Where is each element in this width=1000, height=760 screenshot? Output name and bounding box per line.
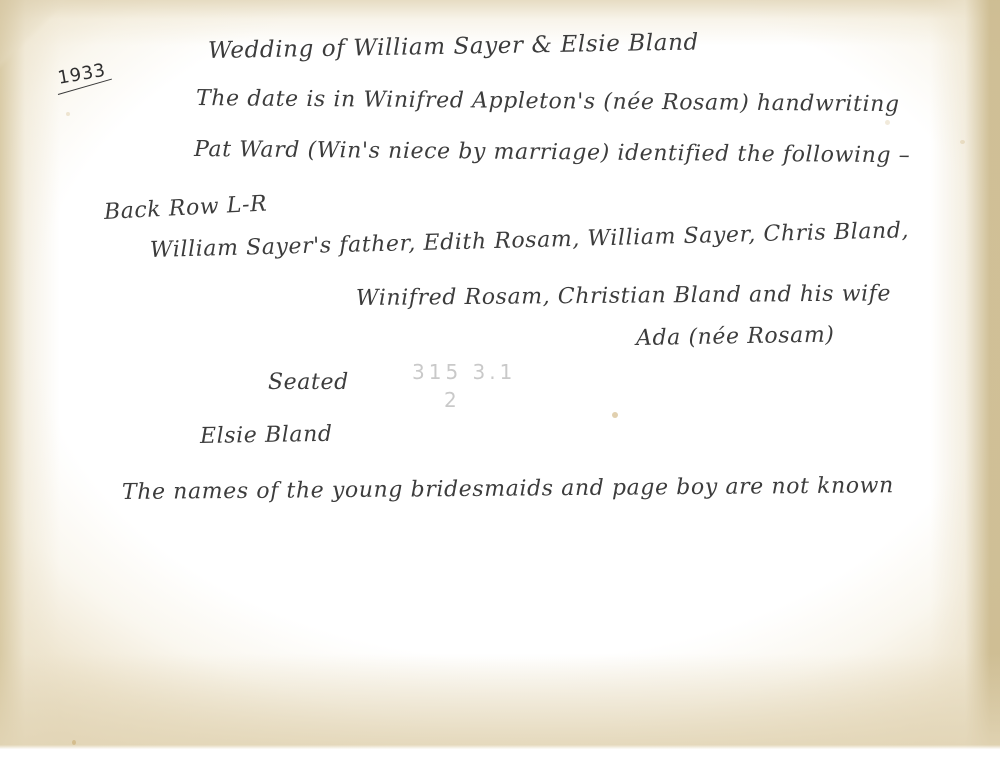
foxing-spot [960,140,965,144]
foxing-spot [66,112,70,116]
back-row-names-3: Ada (née Rosam) [636,323,835,351]
folded-corner [0,0,70,70]
back-row-names-1: William Sayer's father, Edith Rosam, Wil… [150,218,910,263]
back-row-names-2: Winifred Rosam, Christian Bland and his … [356,281,891,311]
footer-note: The names of the young bridesmaids and p… [122,473,894,505]
foxing-spot [885,120,890,125]
seated-heading: Seated [268,370,349,395]
foxing-spot [612,412,618,418]
identified-by-line: Pat Ward (Win's niece by marriage) ident… [194,137,911,168]
title-line: Wedding of William Sayer & Elsie Bland [208,29,699,64]
handwriting-note-line: The date is in Winifred Appleton's (née … [196,86,900,117]
back-row-heading: Back Row L-R [103,191,267,225]
seated-names: Elsie Bland [200,422,333,449]
archive-number: 315 3.1 [412,360,516,384]
foxing-spot [72,740,76,745]
photo-back-card: 1933 Wedding of William Sayer & Elsie Bl… [0,0,1000,760]
archive-subnumber: 2 [444,388,461,412]
